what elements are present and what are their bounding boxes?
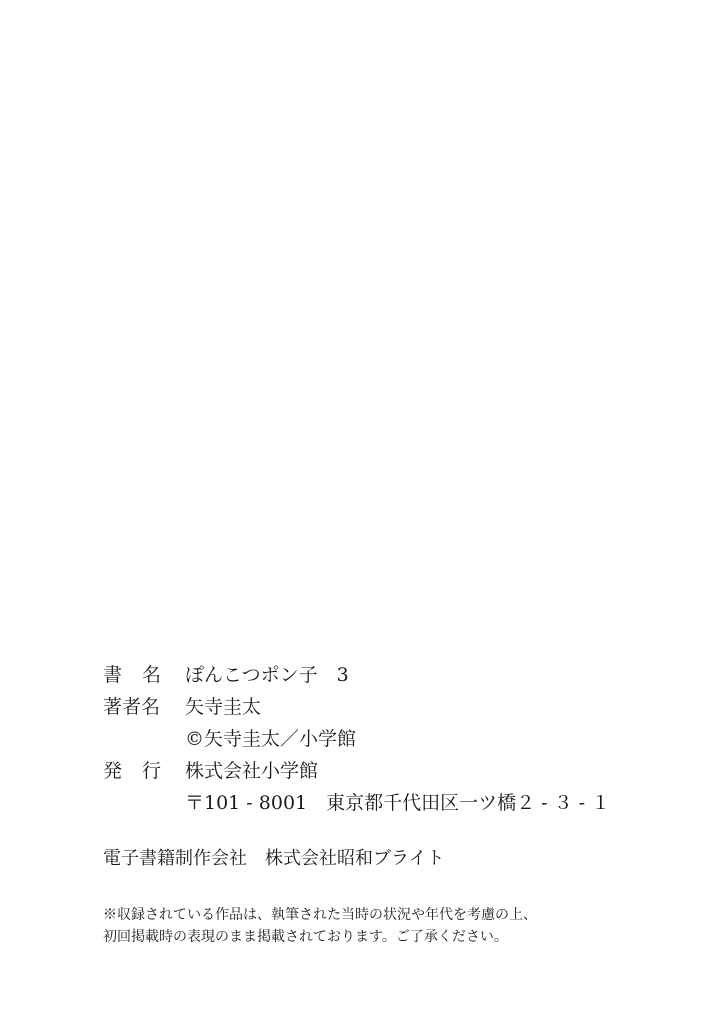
content-notice: ※収録されている作品は、執筆された当時の状況や年代を考慮の上、 初回掲載時の表現… <box>103 904 537 948</box>
publisher-value: 株式会社小学館 <box>185 758 318 784</box>
notice-line-2: 初回掲載時の表現のまま掲載されております。ご了承ください。 <box>103 926 537 948</box>
title-label-char: 書 <box>103 662 122 688</box>
title-label: 書 名 <box>103 662 161 688</box>
title-label-char: 名 <box>142 662 161 688</box>
copyright-value: ©矢寺圭太／小学館 <box>185 726 356 752</box>
publisher-label: 発 行 <box>103 758 161 784</box>
author-value: 矢寺圭太 <box>185 694 261 720</box>
ebook-production-credit: 電子書籍制作会社 株式会社昭和ブライト <box>103 846 444 872</box>
publisher-label-char: 行 <box>142 758 161 784</box>
title-value: ぽんこつポン子 3 <box>185 662 349 688</box>
address-value: 〒101 - 8001 東京都千代田区一ツ橋２ - ３ - １ <box>185 790 610 816</box>
publisher-label-char: 発 <box>103 758 122 784</box>
notice-line-1: ※収録されている作品は、執筆された当時の状況や年代を考慮の上、 <box>103 904 537 926</box>
author-label: 著者名 <box>103 694 183 720</box>
